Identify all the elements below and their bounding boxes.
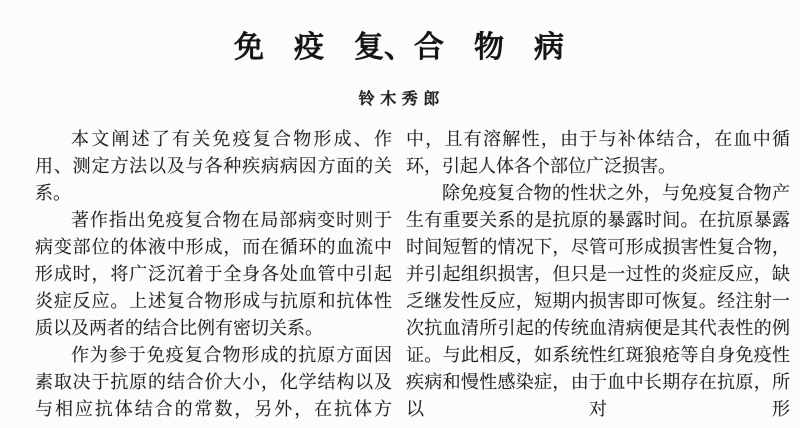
paragraph: 作为参于免疫复合物形成的抗原方面因素取决于抗原的结合价大小，化学结构以及与相应抗… (35, 342, 392, 423)
paragraph: 著作指出免疫复合物在局部病变时则于病变部位的体液中形成，而在循环的血流中形成时，… (35, 207, 392, 342)
article-author: 铃木秀郎 (8, 90, 790, 110)
article-title: 免 疫 复、合 物 病 (8, 32, 790, 64)
article-body: 本文阐述了有关免疫复合物形成、作用、测定方法以及与各种疾病病因方面的关系。 著作… (35, 126, 790, 423)
left-column: 本文阐述了有关免疫复合物形成、作用、测定方法以及与各种疾病病因方面的关系。 著作… (35, 126, 392, 423)
article-header: 免 疫 复、合 物 病 铃木秀郎 (8, 32, 790, 110)
document-page: 免 疫 复、合 物 病 铃木秀郎 本文阐述了有关免疫复合物形成、作用、测定方法以… (0, 0, 800, 428)
paragraph-continuation: 中，且有溶解性，由于与补体结合，在血中循环，引起人体各个部位广泛损害。 (406, 126, 790, 180)
right-column: 中，且有溶解性，由于与补体结合，在血中循环，引起人体各个部位广泛损害。 除免疫复… (406, 126, 790, 423)
paragraph: 除免疫复合物的性状之外，与免疫复合物产生有重要关系的是抗原的暴露时间。在抗原暴露… (406, 180, 790, 423)
paragraph: 本文阐述了有关免疫复合物形成、作用、测定方法以及与各种疾病病因方面的关系。 (35, 126, 392, 207)
